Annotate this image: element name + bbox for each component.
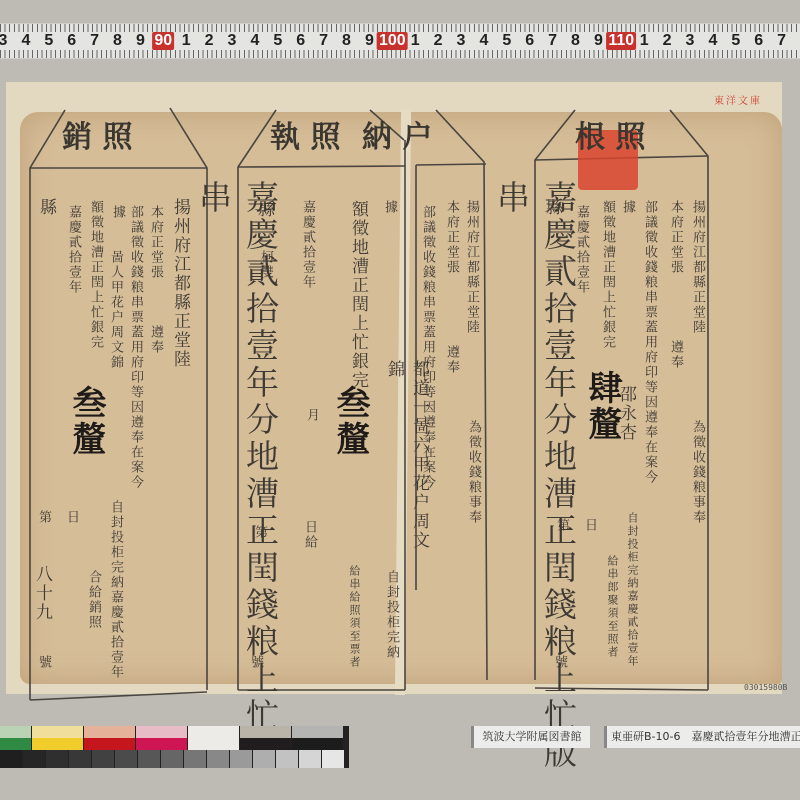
- color-swatch: [0, 750, 22, 768]
- panel1-line: 據: [108, 205, 127, 220]
- panel1-line: 部議徵收錢粮串票蓋用府印等因遵奉在案今: [126, 205, 145, 665]
- panel4-line: 據: [618, 200, 637, 215]
- color-swatch: [84, 738, 135, 750]
- panel4-handwritten: 邵永杏: [614, 385, 639, 442]
- panel2-line: 額徵地漕正閏上忙銀完: [346, 200, 371, 390]
- color-swatch: [136, 738, 187, 750]
- panel-title-xiaozhao: 銷 照: [62, 112, 132, 156]
- catalog-label: 東亜研B-10-6 嘉慶貳拾壹年分地漕正閏銭粮: [607, 726, 800, 748]
- panel2-big-char: 叁釐: [326, 385, 375, 457]
- panel2-line: 嘉慶貳拾壹年: [298, 200, 317, 290]
- color-swatch: [299, 750, 321, 768]
- color-swatch: [292, 738, 343, 750]
- library-label: 筑波大学附属図書館: [474, 726, 590, 748]
- panel4-footer-ri: 日: [580, 518, 599, 533]
- color-swatch: [322, 750, 344, 768]
- panel1-county: 縣: [34, 198, 59, 217]
- color-swatch: [276, 750, 298, 768]
- panel4-line: 揚州府江都縣正堂陸: [688, 200, 707, 335]
- panel-title-zhizhao: 執 照: [270, 112, 340, 156]
- panel3-line: 本府正堂張: [442, 200, 461, 275]
- panel1-footer-di: 第: [34, 510, 53, 525]
- panel4-line: 遵奉: [666, 340, 685, 370]
- color-swatch: [253, 750, 275, 768]
- panel1-line: 本府正堂張: [146, 205, 165, 280]
- color-swatch: [292, 726, 343, 738]
- panel4-line: 自封投柜完納嘉慶貳拾壹年: [624, 512, 640, 682]
- panel2-line: 月: [302, 408, 321, 423]
- panel4-line: 部議徵收錢粮串票蓋用府印等因遵奉在案今: [640, 200, 659, 670]
- panel2-line: 據: [380, 200, 399, 215]
- panel4-footer-di: 第: [552, 518, 571, 533]
- panel3-line: 都道一啚六甲花户周文錦: [382, 360, 432, 560]
- color-swatch: [138, 750, 160, 768]
- color-swatch: [0, 738, 31, 750]
- panel2-county: 縣: [252, 200, 277, 219]
- panel4-line: 額徵地漕正閏上忙銀完: [598, 200, 617, 350]
- panel3-line: 自封投柜完納: [382, 570, 401, 660]
- panel3-line: 遵奉: [442, 345, 461, 375]
- color-swatch: [161, 750, 183, 768]
- panel-title-nahu: 納 户: [362, 112, 432, 156]
- color-swatch: [115, 750, 137, 768]
- color-swatch: [184, 750, 206, 768]
- panel4-line: 給串郎聚須至照者: [604, 555, 620, 659]
- panel4-line: 為徵收錢粮事奉: [688, 420, 707, 525]
- panel4-footer-hao: 號: [550, 655, 569, 670]
- panel1-date: 嘉慶貳拾壹年: [64, 205, 83, 295]
- color-swatch: [32, 726, 83, 738]
- panel2-footer-gei: 給串給照須至票者: [346, 565, 362, 669]
- panel2-stamp: 日給: [300, 520, 319, 550]
- panel1-line: 遵奉: [146, 325, 165, 355]
- color-swatch: [240, 738, 291, 750]
- color-swatch: [46, 750, 68, 768]
- color-swatch: [84, 726, 135, 738]
- color-swatch: [69, 750, 91, 768]
- panel1-footer-hao: 號: [34, 655, 53, 670]
- panel2-footer-hao: 號: [246, 655, 265, 670]
- color-swatch: [92, 750, 114, 768]
- panel2-footer-di: 第: [250, 525, 269, 540]
- panel3-main-column: 嘉慶貳拾壹年分地漕正閏錢粮上忙版串: [488, 180, 582, 800]
- panel1-big-char: 叁釐: [62, 385, 111, 457]
- color-swatch: [188, 726, 239, 738]
- color-swatch: [230, 750, 252, 768]
- panel1-line: 額徵地漕正閏上忙銀完: [86, 200, 105, 350]
- color-swatch: [32, 738, 83, 750]
- panel4-line: 本府正堂張: [666, 200, 685, 275]
- panel1-footer-ri: 日: [62, 510, 81, 525]
- panel1-line: 自封投柜完納嘉慶貳拾壹年: [106, 500, 125, 680]
- panel2-signature: 柯雙: [256, 250, 275, 280]
- color-swatch: [136, 726, 187, 738]
- color-swatch: [23, 750, 45, 768]
- panel4-county: 縣: [540, 198, 565, 217]
- color-swatch: [207, 750, 229, 768]
- serial-number: 03015980B: [744, 683, 787, 692]
- color-swatch: [0, 726, 31, 738]
- panel1-line: 啚人甲花户周文錦: [106, 250, 125, 370]
- panel3-line: 揚州府江都縣正堂陸: [462, 200, 481, 335]
- panel-title-genzhao: 根 照: [575, 112, 645, 156]
- color-swatch: [188, 738, 239, 750]
- panel4-date: 嘉慶貳拾壹年: [572, 205, 591, 295]
- panel1-footer-hegei: 合給銷照: [84, 570, 103, 630]
- panel1-handwritten: 八十九: [30, 565, 55, 622]
- color-swatch: [240, 726, 291, 738]
- panel3-line: 為徵收錢粮事奉: [464, 420, 483, 525]
- color-calibration-chart: [0, 726, 349, 768]
